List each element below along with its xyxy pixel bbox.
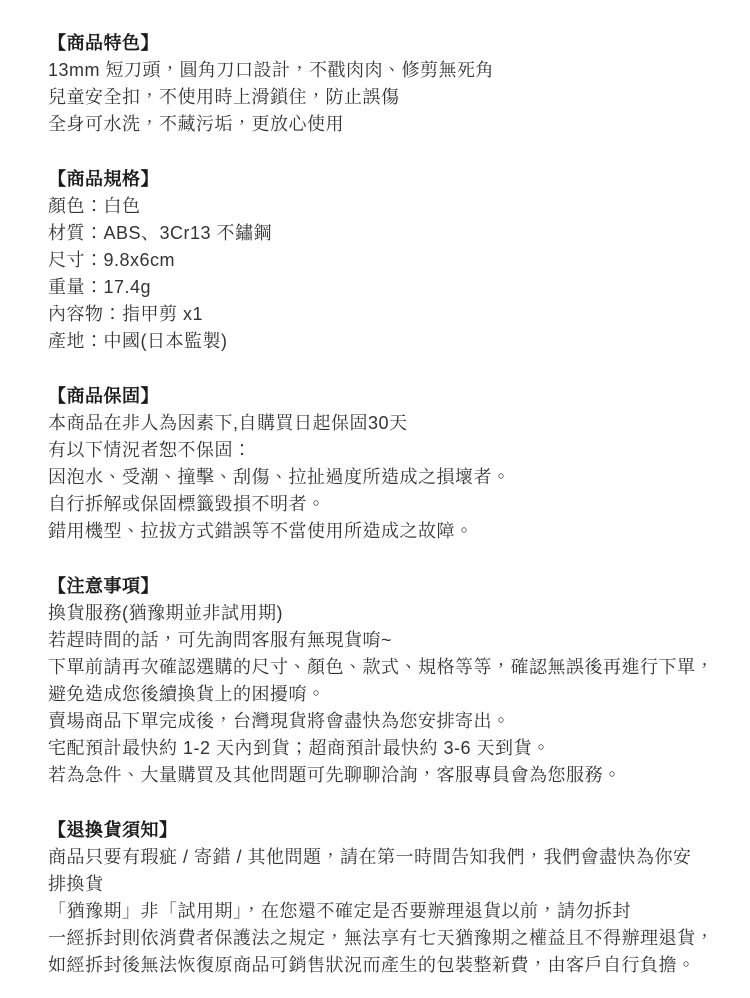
text-line: 若為急件、大量購買及其他問題可先聊聊洽詢，客服專員會為您服務。: [48, 762, 722, 789]
section-lines: 本商品在非人為因素下,自購買日起保固30天有以下情況者恕不保固：因泡水、受潮、撞…: [48, 410, 722, 545]
text-line: 尺寸：9.8x6cm: [48, 247, 722, 274]
text-line: 「猶豫期」非「試用期」，在您還不確定是否要辦理退貨以前，請勿拆封: [48, 898, 722, 925]
text-line: 本商品在非人為因素下,自購買日起保固30天: [48, 410, 722, 437]
description-section: 【商品保固】 本商品在非人為因素下,自購買日起保固30天有以下情況者恕不保固：因…: [48, 383, 722, 545]
product-description-page: 【商品特色】 13mm 短刀頭，圓角刀口設計，不戳肉肉、修剪無死角兒童安全扣，不…: [0, 0, 750, 979]
text-line: 材質：ABS、3Cr13 不鏽鋼: [48, 220, 722, 247]
section-lines: 商品只要有瑕疵 / 寄錯 / 其他問題，請在第一時間告知我們，我們會盡快為你安排…: [48, 844, 722, 979]
text-line: 產地：中國(日本監製): [48, 328, 722, 355]
description-section: 【商品規格】 顏色：白色材質：ABS、3Cr13 不鏽鋼尺寸：9.8x6cm重量…: [48, 166, 722, 355]
text-line: 一經拆封則依消費者保護法之規定，無法享有七天猶豫期之權益且不得辦理退貨，: [48, 925, 722, 952]
text-line: 賣場商品下單完成後，台灣現貨將會盡快為您安排寄出。: [48, 708, 722, 735]
section-lines: 顏色：白色材質：ABS、3Cr13 不鏽鋼尺寸：9.8x6cm重量：17.4g內…: [48, 193, 722, 355]
section-title: 【商品規格】: [48, 166, 722, 193]
text-line: 如經拆封後無法恢復原商品可銷售狀況而產生的包裝整新費，由客戶自行負擔。: [48, 952, 722, 979]
text-line: 13mm 短刀頭，圓角刀口設計，不戳肉肉、修剪無死角: [48, 57, 722, 84]
text-line: 兒童安全扣，不使用時上滑鎖住，防止誤傷: [48, 84, 722, 111]
text-line: 下單前請再次確認選購的尺寸、顏色、款式、規格等等，確認無誤後再進行下單，: [48, 654, 722, 681]
text-line: 排換貨: [48, 871, 722, 898]
text-line: 商品只要有瑕疵 / 寄錯 / 其他問題，請在第一時間告知我們，我們會盡快為你安: [48, 844, 722, 871]
text-line: 宅配預計最快約 1-2 天內到貨；超商預計最快約 3-6 天到貨。: [48, 735, 722, 762]
section-title: 【退換貨須知】: [48, 817, 722, 844]
section-lines: 換貨服務(猶豫期並非試用期)若趕時間的話，可先詢問客服有無現貨唷~下單前請再次確…: [48, 600, 722, 789]
section-title: 【注意事項】: [48, 573, 722, 600]
text-line: 若趕時間的話，可先詢問客服有無現貨唷~: [48, 627, 722, 654]
section-lines: 13mm 短刀頭，圓角刀口設計，不戳肉肉、修剪無死角兒童安全扣，不使用時上滑鎖住…: [48, 57, 722, 138]
text-line: 內容物：指甲剪 x1: [48, 301, 722, 328]
description-section: 【商品特色】 13mm 短刀頭，圓角刀口設計，不戳肉肉、修剪無死角兒童安全扣，不…: [48, 30, 722, 138]
text-line: 重量：17.4g: [48, 274, 722, 301]
text-line: 顏色：白色: [48, 193, 722, 220]
sections: 【商品特色】 13mm 短刀頭，圓角刀口設計，不戳肉肉、修剪無死角兒童安全扣，不…: [48, 30, 722, 979]
description-section: 【注意事項】 換貨服務(猶豫期並非試用期)若趕時間的話，可先詢問客服有無現貨唷~…: [48, 573, 722, 789]
text-line: 自行拆解或保固標籤毀損不明者。: [48, 491, 722, 518]
text-line: 換貨服務(猶豫期並非試用期): [48, 600, 722, 627]
text-line: 有以下情況者恕不保固：: [48, 437, 722, 464]
text-line: 錯用機型、拉拔方式錯誤等不當使用所造成之故障。: [48, 518, 722, 545]
section-title: 【商品保固】: [48, 383, 722, 410]
description-section: 【退換貨須知】 商品只要有瑕疵 / 寄錯 / 其他問題，請在第一時間告知我們，我…: [48, 817, 722, 979]
text-line: 因泡水、受潮、撞擊、刮傷、拉扯過度所造成之損壞者。: [48, 464, 722, 491]
text-line: 全身可水洗，不藏污垢，更放心使用: [48, 111, 722, 138]
text-line: 避免造成您後續換貨上的困擾唷。: [48, 681, 722, 708]
section-title: 【商品特色】: [48, 30, 722, 57]
